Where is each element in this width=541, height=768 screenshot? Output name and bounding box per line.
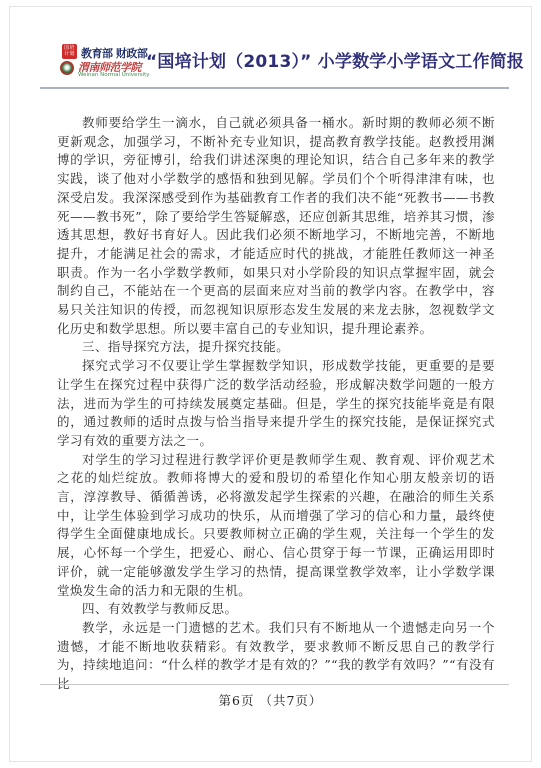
document-body: 教师要给学生一滴水，自己就必须具备一桶水。新时期的教师必须不断更新观念，加强学习… — [57, 114, 495, 694]
seal-text-line2: 计划 — [62, 51, 77, 57]
paragraph-3: 对学生的学习过程进行教学评价更是教师学生观、教育观、评价观艺术之花的灿烂绽放。教… — [57, 451, 495, 601]
section-heading-3: 三、指导探究方法，提升探究技能。 — [57, 338, 495, 357]
document-page: 国培 计划 教育部 财政部 渭南师范学院 Weinan Normal Unive… — [0, 0, 541, 768]
page-number: 第6页 （共7页） — [219, 693, 323, 708]
footer-divider — [40, 684, 509, 685]
university-name-en: Weinan Normal University — [78, 72, 150, 78]
section-heading-4: 四、有效教学与教师反思。 — [57, 600, 495, 619]
paragraph-1: 教师要给学生一滴水，自己就必须具备一桶水。新时期的教师必须不断更新观念，加强学习… — [57, 114, 495, 338]
guopei-plan-seal-icon: 国培 计划 — [62, 44, 77, 59]
university-emblem-icon — [60, 61, 74, 75]
bulletin-title: “国培计划（2013）” 小学数学小学语文工作简报 — [146, 50, 524, 74]
header-divider — [40, 87, 509, 89]
paragraph-4: 教学，永远是一门遗憾的艺术。我们只有不断地从一个遗憾走向另一个遗憾，才能不断地收… — [57, 619, 495, 694]
paragraph-2: 探究式学习不仅要让学生掌握数学知识，形成数学技能，更重要的是要让学生在探究过程中… — [57, 357, 495, 451]
page-footer: 第6页 （共7页） — [0, 691, 541, 709]
